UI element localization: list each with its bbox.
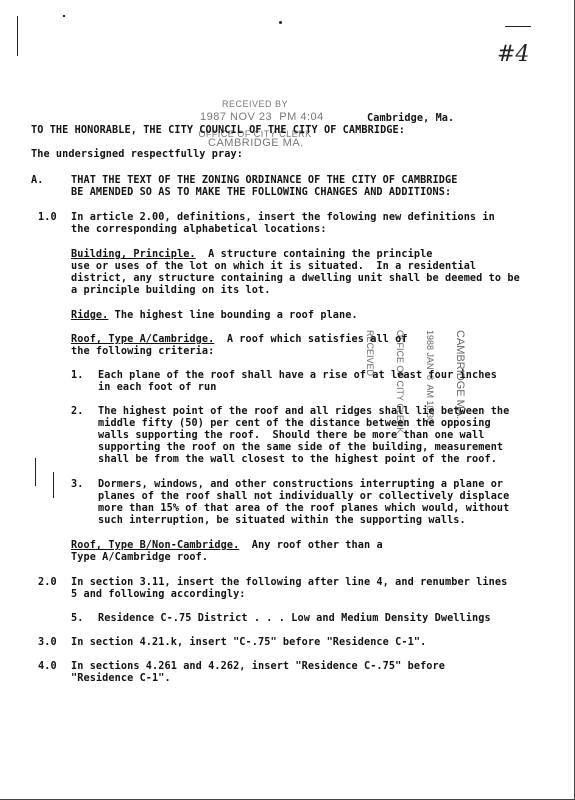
margin-mark: [53, 472, 54, 498]
item-text: In sections 4.261 and 4.262, insert "Res…: [71, 661, 445, 673]
intro-line: The undersigned respectfully pray:: [31, 149, 243, 161]
definition-building-principle: Building, Principle. A structure contain…: [71, 249, 433, 261]
item-text: In article 2.00, definitions, insert the…: [71, 212, 495, 224]
definition-term: Ridge.: [71, 310, 108, 321]
criterion-text: middle fifty (50) per cent of the distan…: [98, 418, 491, 430]
definition-text: The highest line bounding a roof plane.: [108, 310, 357, 321]
item-text: In section 4.21.k, insert "C-.75" before…: [71, 637, 426, 649]
handwritten-number: #4: [497, 42, 529, 67]
criterion-number: 2.: [71, 406, 83, 418]
speck: [505, 26, 531, 27]
received-stamp-date: 1987 NOV 23 PM 4:04: [200, 112, 324, 122]
item-number: 3.0: [38, 637, 57, 649]
criterion-number: 3.: [71, 479, 83, 491]
salutation: TO THE HONORABLE, THE CITY COUNCIL OF TH…: [31, 125, 405, 137]
definition-text: the following criteria:: [71, 346, 214, 358]
definition-term: Roof, Type B/Non-Cambridge.: [71, 540, 239, 551]
item-number: 1.0: [38, 212, 57, 224]
criterion-text: supporting the roof on the same side of …: [98, 442, 503, 454]
section-a-text: BE AMENDED SO AS TO MAKE THE FOLLOWING C…: [71, 187, 451, 199]
section-a-text: THAT THE TEXT OF THE ZONING ORDINANCE OF…: [71, 175, 457, 187]
criterion-text: The highest point of the roof and all ri…: [98, 406, 509, 418]
criterion-text: in each foot of run: [98, 382, 216, 394]
stamp-line: RECEIVED BY: [190, 99, 320, 109]
criterion-text: such interruption, be situated within th…: [98, 515, 466, 527]
item-number: 4.0: [38, 661, 57, 673]
item-text: In section 3.11, insert the following af…: [71, 577, 507, 589]
criterion-text: walls supporting the roof. Should there …: [98, 430, 484, 442]
document-page: #4 RECEIVED BY OFFICE OF CITY CLERK 1987…: [0, 0, 575, 800]
definition-text: a principle building on its lot.: [71, 285, 270, 297]
definition-text: A structure containing the principle: [196, 249, 433, 260]
margin-mark: [17, 16, 18, 56]
item-text: the corresponding alphabetical locations…: [71, 224, 327, 236]
definition-roof-type-b: Roof, Type B/Non-Cambridge. Any roof oth…: [71, 540, 383, 552]
definition-term: Roof, Type A/Cambridge.: [71, 334, 214, 345]
received-stamp-city: CAMBRIDGE MA.: [208, 138, 304, 148]
definition-text: district, any structure containing a dwe…: [71, 273, 520, 285]
district-entry-number: 5.: [71, 613, 83, 625]
criterion-text: Dormers, windows, and other construction…: [98, 479, 503, 491]
item-text: 5 and following accordingly:: [71, 589, 246, 601]
place-line: Cambridge, Ma.: [367, 113, 454, 125]
section-a-label: A.: [31, 175, 43, 187]
definition-text: A roof which satisfies all of: [214, 334, 407, 345]
margin-mark: [35, 458, 36, 486]
definition-text: use or uses of the lot on which it is si…: [71, 261, 476, 273]
definition-text: Type A/Cambridge roof.: [71, 552, 208, 564]
criterion-text: shall be from the wall closest to the hi…: [98, 454, 497, 466]
definition-term: Building, Principle.: [71, 249, 196, 260]
item-number: 2.0: [38, 577, 57, 589]
definition-roof-type-a: Roof, Type A/Cambridge. A roof which sat…: [71, 334, 408, 346]
speck: [63, 15, 65, 17]
district-entry-text: Residence C-.75 District . . . Low and M…: [98, 613, 491, 625]
definition-ridge: Ridge. The highest line bounding a roof …: [71, 310, 358, 322]
speck: [279, 21, 282, 24]
item-text: "Residence C-1".: [71, 673, 171, 685]
criterion-text: Each plane of the roof shall have a rise…: [98, 370, 497, 382]
criterion-text: more than 15% of that area of the roof p…: [98, 503, 509, 515]
definition-text: Any roof other than a: [239, 540, 382, 551]
criterion-text: planes of the roof shall not individuall…: [98, 491, 509, 503]
criterion-number: 1.: [71, 370, 83, 382]
